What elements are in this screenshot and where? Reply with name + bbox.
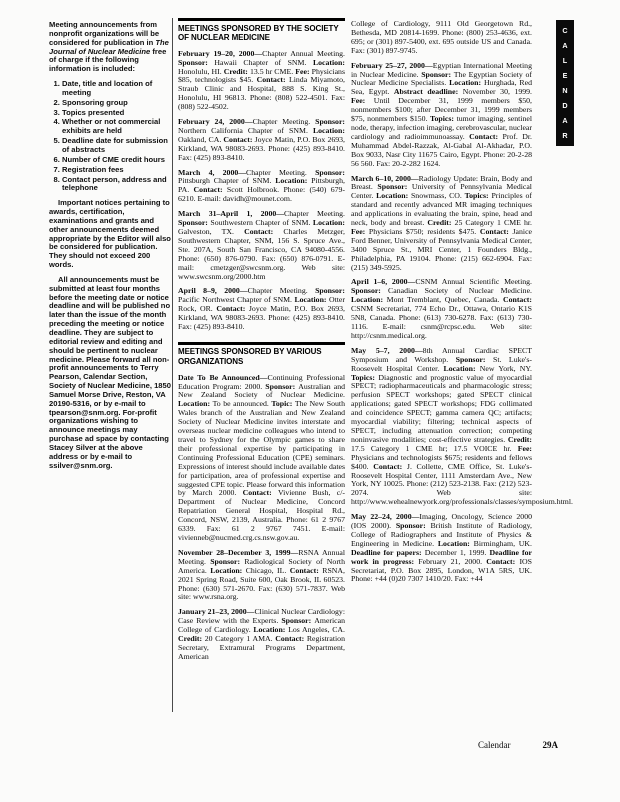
calendar-section-tab: CALENDAR <box>556 20 574 146</box>
important-notices-paragraph: Important notices pertaining to awards, … <box>49 199 172 270</box>
calendar-entry: May 22–24, 2000—Imaging, Oncology, Scien… <box>351 513 532 584</box>
footer-section-label: Calendar <box>478 740 510 750</box>
calendar-entry: February 24, 2000—Chapter Meeting. Spons… <box>178 118 345 163</box>
calendar-tab-letter: A <box>562 117 567 124</box>
required-info-item: Date, title and location of meeting <box>62 80 172 98</box>
calendar-tab-letter: A <box>562 42 567 49</box>
required-info-item: Registration fees <box>62 166 172 175</box>
required-info-item: Deadline date for submission of abstract… <box>62 137 172 155</box>
calendar-entry-continuation: College of Cardiology, 9111 Old Georgeto… <box>351 20 532 56</box>
calendar-tab-letter: E <box>563 72 568 79</box>
calendar-tab-letter: D <box>562 102 567 109</box>
required-info-item: Topics presented <box>62 109 172 118</box>
footer-page-number: 29A <box>543 740 559 750</box>
calendar-entry: January 21–23, 2000—Clinical Nuclear Car… <box>178 608 345 661</box>
calendar-entry: Date To Be Announced—Continuing Professi… <box>178 374 345 543</box>
calendar-entry: April 1–6, 2000—CSNM Annual Scientific M… <box>351 278 532 340</box>
section-header: Meetings Sponsored by Various Organizati… <box>178 342 345 367</box>
column-divider-rule <box>172 18 173 712</box>
submission-intro: Meeting announcements from nonprofit org… <box>49 21 172 74</box>
calendar-tab-letter: N <box>562 87 567 94</box>
column-middle: Meetings Sponsored by the Society of Nuc… <box>178 18 345 668</box>
calendar-tab-letter: C <box>562 27 567 34</box>
calendar-entry: March 31–April 1, 2000—Chapter Meeting. … <box>178 210 345 281</box>
required-info-list: Date, title and location of meetingSpons… <box>49 80 172 193</box>
sidebar-instructions: Meeting announcements from nonprofit org… <box>49 21 172 471</box>
calendar-entry: March 4, 2000—Chapter Meeting. Sponsor: … <box>178 169 345 205</box>
calendar-entry: April 8–9, 2000—Chapter Meeting. Sponsor… <box>178 287 345 332</box>
required-info-item: Sponsoring group <box>62 99 172 108</box>
calendar-entry: February 19–20, 2000—Chapter Annual Meet… <box>178 50 345 112</box>
journal-calendar-page: { "sidebar": { "intro": [ {"t": "Meeting… <box>0 0 620 802</box>
calendar-entry: March 6–10, 2000—Radiology Update: Brain… <box>351 175 532 273</box>
required-info-item: Contact person, address and telephone <box>62 176 172 194</box>
page-footer: Calendar 29A <box>478 740 558 750</box>
submission-deadline-paragraph: All announcements must be submitted at l… <box>49 276 172 471</box>
required-info-item: Whether or not commercial exhibits are h… <box>62 118 172 136</box>
column-right: College of Cardiology, 9111 Old Georgeto… <box>351 20 532 590</box>
calendar-entry: February 25–27, 2000—Egyptian Internatio… <box>351 62 532 169</box>
required-info-item: Number of CME credit hours <box>62 156 172 165</box>
section-header: Meetings Sponsored by the Society of Nuc… <box>178 18 345 43</box>
calendar-entry: November 28–December 3, 1999—RSNA Annual… <box>178 549 345 602</box>
calendar-tab-letter: L <box>563 57 567 64</box>
calendar-tab-letter: R <box>562 132 567 139</box>
calendar-entry: May 5–7, 2000—8th Annual Cardiac SPECT S… <box>351 347 532 507</box>
